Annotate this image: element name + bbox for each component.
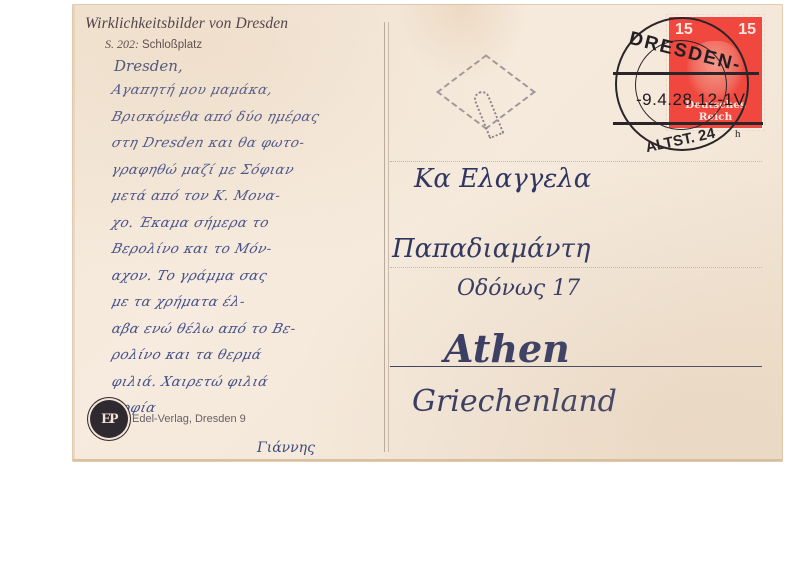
recipient-name: Κα Ελαγγελα <box>414 164 591 194</box>
postcard: Wirklichkeitsbilder von Dresden S. 202: … <box>72 4 783 462</box>
message-greeting: Dresden, <box>114 57 183 75</box>
plate-caption: S. 202: Schloßplatz <box>105 37 202 52</box>
message-line: γραφηθώ μαζί με Σόφιαν <box>110 162 296 178</box>
publisher-name: Edel-Verlag, Dresden 9 <box>132 413 246 425</box>
plate-place: Schloßplatz <box>142 39 202 51</box>
message-line: Βερολίνο και το Μόν- <box>110 241 274 257</box>
message-line: στη Dresden και θα φωτο- <box>110 135 307 151</box>
message-line: αβα ενώ θέλω από το Βε- <box>110 321 298 337</box>
message-line: μετά από τον Κ. Μονα- <box>110 188 282 204</box>
recipient-country: Griechenland <box>412 384 617 419</box>
recipient-street-number: Οδόνως 17 <box>457 276 580 301</box>
series-title: Wirklichkeitsbilder von Dresden <box>85 15 288 33</box>
recipient-street: Παπαδιαμάντη <box>392 234 591 264</box>
address-line-2 <box>390 267 762 268</box>
postmark-date: -9.4.28.12-1V <box>636 90 746 110</box>
message-line: με τα χρήματα έλ- <box>110 294 247 310</box>
postmark-shift: h <box>735 128 741 140</box>
recipient-city: Athen <box>444 326 570 371</box>
address-line-1 <box>390 161 762 162</box>
publisher-logo-icon: EP <box>90 400 128 438</box>
plate-number: S. 202: <box>105 37 139 51</box>
publisher-imprint: EP Edel-Verlag, Dresden 9 <box>90 400 246 438</box>
message-line: φιλιά. Χαιρετώ φιλιά <box>110 374 270 390</box>
message-line: ρολίνο και τα θερμά <box>110 347 264 363</box>
message-line: χο. Έκαμα σήμερα το <box>110 215 271 231</box>
message-line: Βρισκόμεθα από δύο ημέρας <box>110 109 321 125</box>
message-signature: Γιάννης <box>257 440 315 456</box>
stamp-value-right: 15 <box>738 21 756 39</box>
postmark-band-bottom <box>613 122 763 125</box>
message-line: Αγαπητή μου μαμάκα, <box>110 82 275 98</box>
message-line: αχον. Το γράμμα σας <box>110 268 269 284</box>
card-divider <box>384 22 389 452</box>
